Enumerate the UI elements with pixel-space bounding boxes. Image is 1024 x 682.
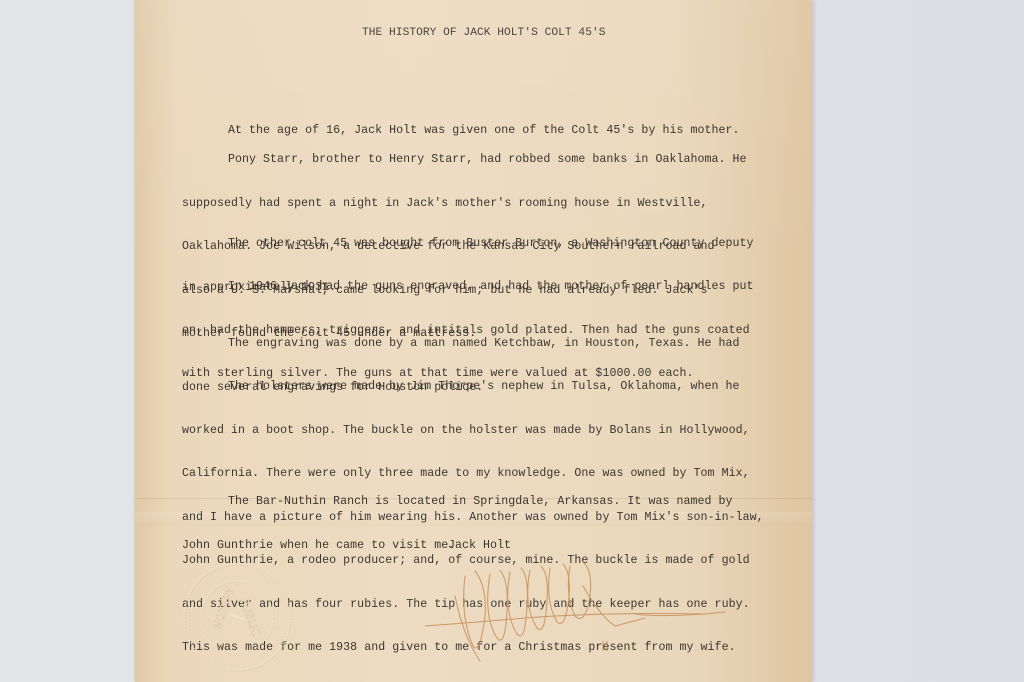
document-title: THE HISTORY OF JACK HOLT'S COLT 45'S: [362, 26, 606, 41]
text-line: The holsters were made by Jim Thorpe's n…: [182, 380, 802, 395]
text-line: Pony Starr, brother to Henry Starr, had …: [182, 153, 802, 168]
text-line: The engraving was done by a man named Ke…: [182, 337, 802, 352]
photo-scene: THE HISTORY OF JACK HOLT'S COLT 45'S At …: [0, 0, 1024, 682]
text-line: worked in a boot shop. The buckle on the…: [182, 424, 802, 439]
notary-seal-emboss: NOTARY PUBLIC: [180, 560, 295, 675]
handwritten-signature: [405, 556, 735, 666]
text-line: The Bar-Nuthin Ranch is located in Sprin…: [182, 495, 802, 510]
text-line: The other colt 45 was bought from Buster…: [182, 237, 802, 252]
seal-public-text: PUBLIC: [237, 597, 263, 639]
text-line: In 1946 Jack had the guns engraved, and …: [182, 280, 802, 295]
typed-signature-name: Jack Holt: [448, 539, 511, 554]
seal-notary-text: NOTARY: [211, 585, 238, 631]
